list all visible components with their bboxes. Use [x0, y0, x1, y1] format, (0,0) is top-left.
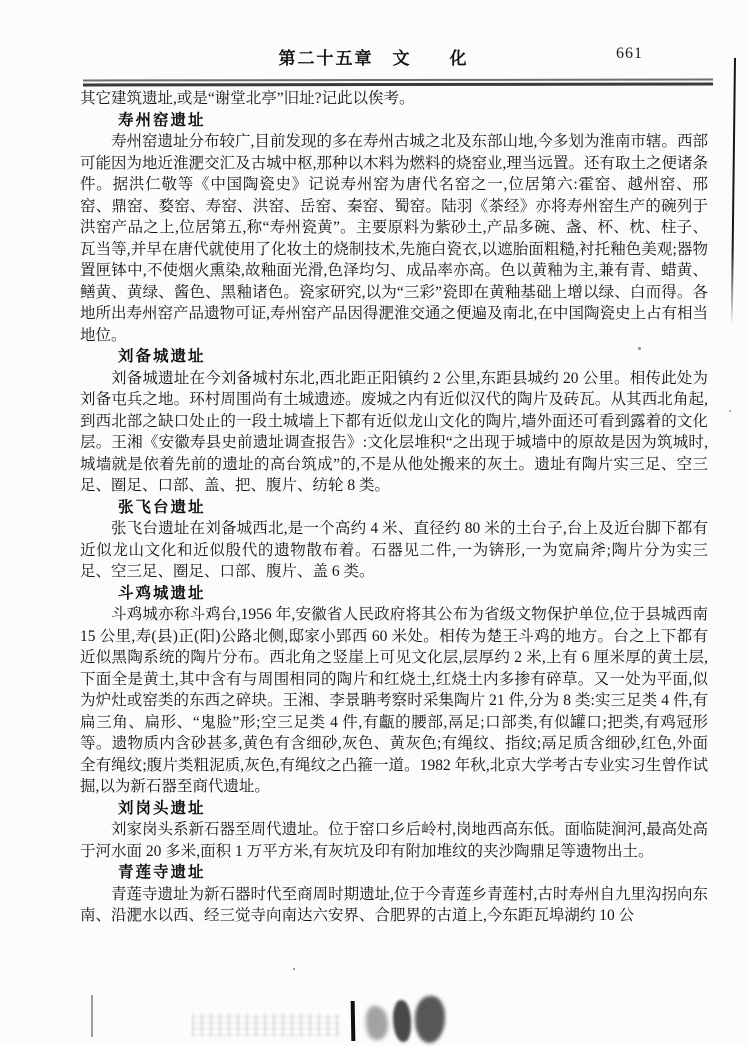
site-heading: 斗鸡城遗址 [118, 583, 708, 605]
scan-artifact-smudge [415, 996, 445, 1043]
section-liugangtou-site: 刘岗头遗址 刘家岗头系新石器至周代遗址。位于窑口乡后岭村,岗地西高东低。面临陡涧… [80, 798, 708, 863]
site-paragraph: 刘备城遗址在今刘备城村东北,西北距正阳镇约 2 公里,东距县城约 20 公里。相… [80, 368, 708, 497]
section-liubeicheng-site: 刘备城遗址 刘备城遗址在今刘备城村东北,西北距正阳镇约 2 公里,东距县城约 2… [80, 346, 708, 497]
continuation-paragraph: 其它建筑遗址,或是“谢堂北亭”旧址?记此以俟考。 [80, 88, 708, 110]
site-heading: 寿州窑遗址 [118, 110, 708, 132]
scan-artifact-smudge [393, 1000, 411, 1042]
page-number: 661 [616, 45, 643, 63]
page-body: 其它建筑遗址,或是“谢堂北亭”旧址?记此以俟考。 寿州窑遗址 寿州窑遗址分布较广… [80, 88, 708, 927]
site-heading: 刘岗头遗址 [118, 798, 708, 820]
page-header: 第二十五章 文 化 661 [0, 44, 747, 74]
section-doujicheng-site: 斗鸡城遗址 斗鸡城亦称斗鸡台,1956 年,安徽省人民政府将其公布为省级文物保护… [80, 583, 708, 798]
scan-artifact-smudge [366, 1006, 388, 1040]
document-page: 第二十五章 文 化 661 其它建筑遗址,或是“谢堂北亭”旧址?记此以俟考。 寿… [0, 0, 747, 1046]
site-heading: 青莲寺遗址 [118, 862, 708, 884]
site-paragraph: 寿州窑遗址分布较广,目前发现的多在寿州古城之北及东部山地,今多划为淮南市辖。西部… [80, 131, 708, 346]
scan-artifact-dot [729, 410, 731, 412]
header-rule [83, 79, 713, 87]
site-paragraph: 张飞台遗址在刘备城西北,是一个高约 4 米、直径约 80 米的土台子,台上及近台… [80, 518, 708, 583]
site-heading: 张飞台遗址 [118, 497, 708, 519]
site-heading: 刘备城遗址 [118, 346, 708, 368]
scan-artifact-noise-band [192, 1014, 340, 1036]
scan-artifact-dot [293, 968, 295, 970]
scan-artifact-dark-bar [351, 1001, 356, 1041]
section-zhangfeitai-site: 张飞台遗址 张飞台遗址在刘备城西北,是一个高约 4 米、直径约 80 米的土台子… [80, 497, 708, 583]
scan-artifact-right-line [731, 58, 736, 326]
site-paragraph: 斗鸡城亦称斗鸡台,1956 年,安徽省人民政府将其公布为省级文物保护单位,位于县… [80, 604, 708, 798]
section-qingliansi-site: 青莲寺遗址 青莲寺遗址为新石器时代至商周时期遗址,位于今青莲乡青莲村,古时寿州自… [80, 862, 708, 927]
site-paragraph: 刘家岗头系新石器至周代遗址。位于窑口乡后岭村,岗地西高东低。面临陡涧河,最高处高… [80, 819, 708, 862]
section-shouzhou-kiln-site: 寿州窑遗址 寿州窑遗址分布较广,目前发现的多在寿州古城之北及东部山地,今多划为淮… [80, 110, 708, 347]
site-paragraph: 青莲寺遗址为新石器时代至商周时期遗址,位于今青莲乡青莲村,古时寿州自九里沟拐向东… [80, 884, 708, 927]
scan-artifact-left-tick [91, 995, 93, 1037]
